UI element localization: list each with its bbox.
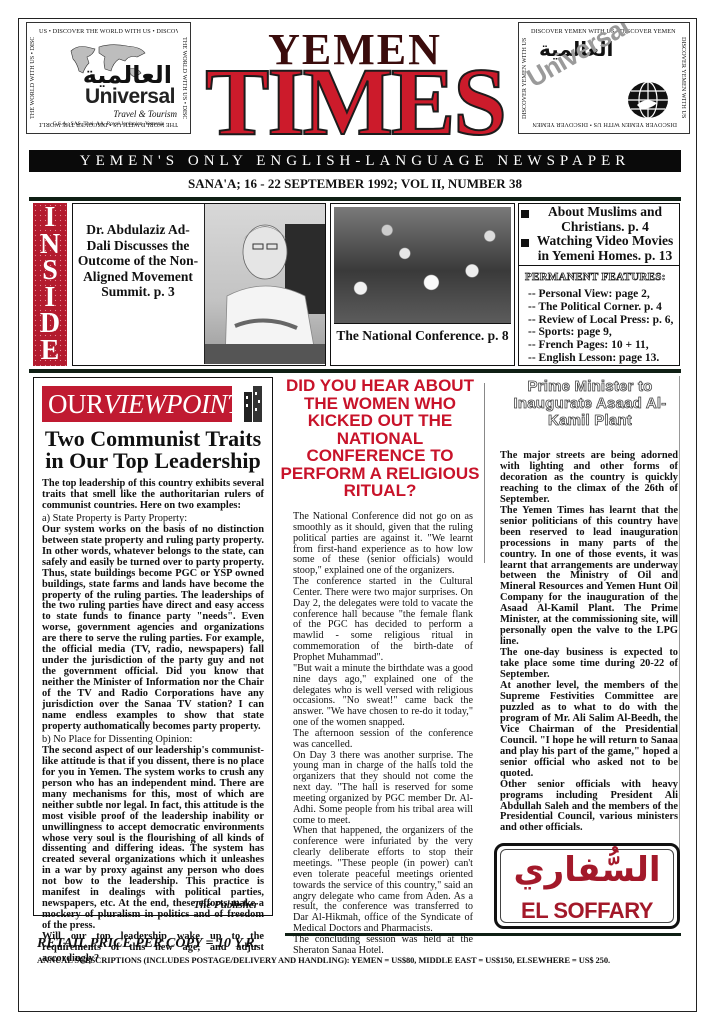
story-paragraph: At another level, the members of the Sup… [500,681,678,780]
story-paragraph: On Day 3 there was another surprise. The… [293,751,473,827]
subscription-rates: ANNUAL SUBSCRIPTIONS (INCLUDES POSTAGE/D… [37,955,610,965]
story-paragraph: The Yemen Times has learnt that the seni… [500,506,678,648]
inside-letter: S [42,258,58,284]
highlight-item[interactable]: Watching Video Movies in Yemeni Homes. p… [521,234,677,263]
editorial-signature: The Publisher [194,899,258,911]
building-icon [240,382,266,424]
center-story-headline[interactable]: DID YOU HEAR ABOUT THE WOMEN WHO KICKED … [280,377,480,500]
story-paragraph: "But wait a minute the birthdate was a g… [293,664,473,729]
portrait-illustration [205,204,325,364]
feature-item[interactable]: -- Sports: page 9, [528,326,673,339]
our-viewpoint-editorial: OURVIEWPOINT Two Communist Traits in Our… [33,377,273,916]
story-paragraph: The afternoon session of the conference … [293,729,473,751]
right-story-headline[interactable]: Prime Minister to Inaugurate Asaad Al-Ka… [500,378,680,429]
center-story-body: The National Conference did not go on as… [293,512,473,957]
story-paragraph: The one-day business is expected to take… [500,648,678,681]
ad-ring-text-left: THE WORLD WITH US • DISCOVER [29,37,39,119]
soffary-english-wordmark: EL SOFFARY [497,898,677,924]
feature-item[interactable]: -- Review of Local Press: p. 6, [528,314,673,327]
adali-portrait-photo [204,204,325,364]
editorial-title: Two Communist Traits in Our Top Leadersh… [38,428,268,472]
story-paragraph: The conference started in the Cultural C… [293,577,473,664]
yemen-times-logo: YEMEN TIMES [200,24,510,144]
column-divider [484,383,485,563]
newspaper-tagline: YEMEN'S ONLY ENGLISH-LANGUAGE NEWSPAPER [29,150,681,172]
logo-times-word: TIMES [200,54,510,150]
teaser-adali-text: Dr. Abdulaziz Ad-Dali Discusses the Outc… [77,218,199,300]
retail-price: RETAIL PRICE PER COPY = 10 Y.R. [37,936,258,952]
teaser-national-conference[interactable]: The National Conference. p. 8 [330,203,515,366]
ad-ring-text-bottom: DISCOVER YEMEN WITH US • DISCOVER YEMEN … [531,121,677,128]
inside-letter: D [40,311,60,337]
globe-dove-icon [627,79,669,121]
inside-features-box: About Muslims and Christians. p. 4 Watch… [518,203,680,366]
universal-travel-ad-left: US • DISCOVER THE WORLD WITH US • DISCOV… [26,22,191,134]
inside-letter: E [41,338,60,364]
ad-ring-text-right: DISCOVER YEMEN WITH US • DISCO [677,37,687,119]
soffary-arabic-wordmark: السُّفاري [497,850,677,890]
feature-item[interactable]: -- The Political Corner. p. 4 [528,301,673,314]
highlights: About Muslims and Christians. p. 4 Watch… [519,204,679,266]
story-paragraph: The concluding session was held at the S… [293,935,473,957]
story-paragraph: The major streets are being adorned with… [500,451,678,506]
right-story-body: The major streets are being adorned with… [500,451,678,834]
section-a-body: Our system works on the basis of no dist… [42,525,264,733]
inside-letter: N [40,232,60,258]
viewpoint-banner: OURVIEWPOINT [42,386,232,422]
inside-tab: I N S I D E [33,203,67,366]
feature-item[interactable]: -- Personal View: page 2, [528,288,673,301]
section-rule [29,369,681,373]
el-soffary-ad[interactable]: السُّفاري EL SOFFARY [494,843,680,929]
square-bullet-icon [521,210,529,218]
feature-item[interactable]: -- English Lesson: page 13. [528,352,673,365]
ad-ring-text-top: US • DISCOVER THE WORLD WITH US • DISCOV… [39,28,178,35]
universal-travel-ad-right: DISCOVER YEMEN WITH US • DISCOVER YEMEN … [518,22,690,134]
story-paragraph: The National Conference did not go on as… [293,512,473,577]
section-rule [29,197,681,201]
ad-tagline: Travel & Tourism [57,109,177,119]
inside-letter: I [45,285,56,311]
conference-crowd-photo [334,207,511,324]
ad-ring-text-right: THE WORLD WITH US • DISCOVER [178,37,188,119]
square-bullet-icon [521,239,529,247]
highlight-item[interactable]: About Muslims and Christians. p. 4 [521,205,677,234]
editorial-body: The top leadership of this country exhib… [42,479,264,967]
inside-letter: I [45,205,56,231]
teaser-adali[interactable]: Dr. Abdulaziz Ad-Dali Discusses the Outc… [72,203,326,366]
ad-brand-wordmark: Universal [55,85,175,109]
story-paragraph: Other senior officials with heavy progra… [500,780,678,835]
permanent-features-heading: PERMANENT FEATURES: [525,271,666,283]
issue-dateline: SANA'A; 16 - 22 SEPTEMBER 1992; VOL II, … [29,176,681,192]
feature-item[interactable]: -- French Pages: 10 + 11, [528,339,673,352]
editorial-intro: The top leadership of this country exhib… [42,479,264,512]
ad-gsa-line: G.S.A.: SAS, Thai, AA, Royal Jordanian, … [41,121,176,127]
conference-caption: The National Conference. p. 8 [331,328,514,344]
story-paragraph: When that happened, the organizers of th… [293,826,473,934]
footer-rule [285,933,681,936]
permanent-features-list: -- Personal View: page 2, -- The Politic… [528,288,673,365]
